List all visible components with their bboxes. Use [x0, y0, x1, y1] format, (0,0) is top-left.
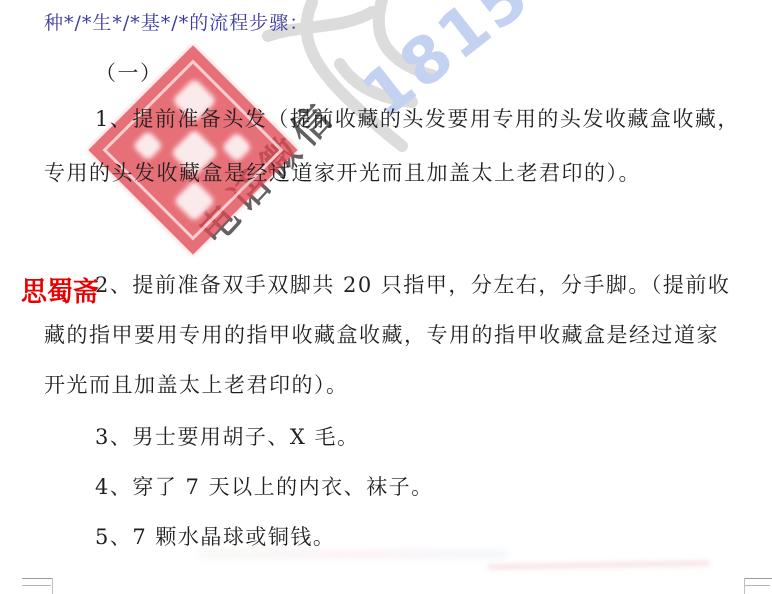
page-boundary-mark-right — [744, 578, 772, 594]
page-boundary-mark-left — [22, 578, 53, 594]
body-line: 藏的指甲要用专用的指甲收藏盒收藏，专用的指甲收藏盒是经过道家 — [44, 319, 719, 349]
document-page: 18153 电话微信 思蜀斋 种*/*生*/*基*/*的流程步骤： （一） 1、… — [0, 0, 772, 594]
body-line: 3、男士要用胡子、X 毛。 — [95, 421, 360, 451]
body-line: 专用的头发收藏盒是经过道家开光而且加盖太上老君印的）。 — [44, 157, 641, 187]
document-title: 种*/*生*/*基*/*的流程步骤： — [44, 8, 309, 35]
body-line: 2、提前准备双手双脚共 20 只指甲，分左右，分手脚。（提前收 — [95, 269, 730, 299]
body-line: 5、7 颗水晶球或铜钱。 — [95, 521, 335, 551]
body-line: 4、穿了 7 天以上的内衣、袜子。 — [95, 471, 434, 501]
body-line: 开光而且加盖太上老君印的）。 — [44, 369, 349, 399]
body-line: 1、提前准备头发（提前收藏的头发要用专用的头发收藏盒收藏， — [95, 103, 740, 133]
section-heading: （一） — [95, 57, 163, 87]
document-body: 种*/*生*/*基*/*的流程步骤： （一） 1、提前准备头发（提前收藏的头发要… — [0, 0, 772, 594]
